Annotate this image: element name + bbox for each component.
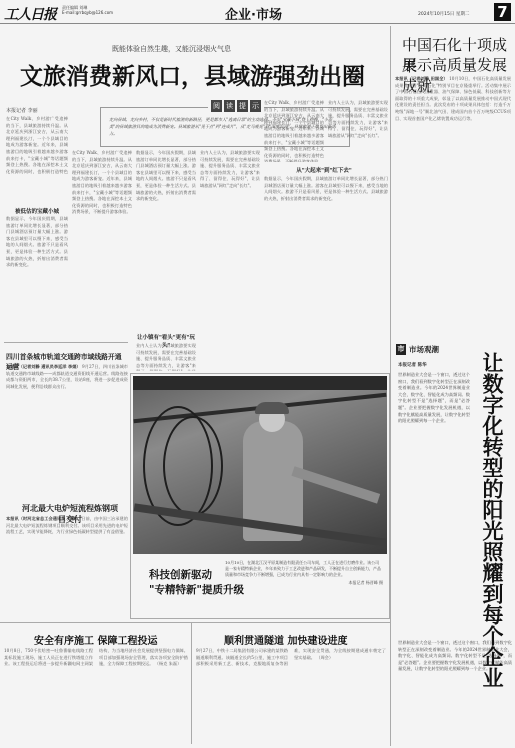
reading-tip-label: 阅 读 提 示: [208, 100, 264, 112]
lead-body-col6a: 业内人士认为，县域旅游要实现可持续发展，需要在完善基础设施、提升服务品质、丰富文…: [328, 100, 388, 162]
reading-tip-char: 阅: [211, 100, 222, 112]
newspaper-logo: 工人日报: [4, 4, 56, 24]
lead-subhead-2: 从"大起来"到"红下去": [262, 166, 386, 174]
lead-body-col3b: 业内人士认为，县域旅游要实现可持续发展，需要在完善基础设施、提升服务品质、丰富文…: [136, 343, 196, 371]
lead-subhead-1: 被低估的宝藏小城: [6, 207, 68, 215]
bottom-divider: [191, 622, 192, 744]
photo-caption: 10月10日，在湖北江汉平原某制造有限责任公司车间，工人正在进行打磨作业。该公司…: [225, 560, 383, 586]
bottom-footnote-1: （杨克 朱磊）: [155, 661, 181, 666]
bottom-body-1: 10月8日，750千伏哈密—吐鲁番输电线路工程某标段施工现场，施工人员正在进行铁…: [4, 648, 188, 740]
lead-headline[interactable]: 文旅消费新风口，县域游强劲出圈: [20, 58, 365, 91]
brief-body-1: 本报讯（记者刘静 通讯员李廷洋 李娟） 9月27日，四川首条城市轨道交通跨市域线…: [6, 364, 128, 490]
masthead: 工人日报 责任编辑 刘琳 E-mail:grrbqyb@126.com 企业·市…: [0, 0, 515, 24]
bottom-text-2: 9月27日，中铁十二局集团有限公司承建的某铁路隧道顺利贯通。该隧道全长约5公里，…: [196, 648, 386, 666]
column-badge-icon: 市: [396, 344, 406, 355]
bottom-footnote-2: （周会）: [316, 655, 333, 660]
lead-body-col1: 在City Walk、乡村游广受追捧的当下，县域旅游持续升温。从北京延庆到浙江安…: [6, 116, 68, 174]
lead-body-col3: 数据显示，今年国庆假期，县域旅游订单同比增长显著，部分热门县城酒店预订量大幅上涨…: [136, 150, 196, 325]
lead-body-col5a: 在City Walk、乡村游广受追捧的当下，县域旅游持续升温。从北京延庆到浙江安…: [264, 100, 324, 162]
reading-tip-char: 提: [237, 100, 248, 112]
section-title: 企业·市场: [225, 4, 282, 23]
lead-body-col2: 在City Walk、乡村游广受追捧的当下，县域旅游持续升温。从北京延庆到浙江安…: [72, 150, 132, 340]
bottom-body-2: 9月27日，中铁十二局集团有限公司承建的某铁路隧道顺利贯通。该隧道全长约5公里，…: [196, 648, 386, 740]
bottom-title-1[interactable]: 安全有序施工 保障工程投运: [34, 632, 157, 647]
brief-body-2: 本报讯（时河北省总工会通讯员 刘颖） 日前，由中国三冶承建的河北最大电炉短流程炼…: [6, 516, 128, 620]
factory-worker-photo[interactable]: [133, 376, 387, 554]
photo-hose: [163, 416, 223, 516]
right-story-body: 本报讯（记者刘静 田国全） 10月10日，中国石化高质量发展成果发布暨"能源石化…: [395, 76, 511, 334]
brief-divider: [4, 342, 128, 343]
page-number: 7: [494, 3, 511, 21]
reading-tip-char: 示: [250, 100, 261, 112]
market-column-name: 市场观潮: [409, 344, 439, 355]
lead-body-col5b: 数据显示，今年国庆假期，县域旅游订单同比增长显著，部分热门县城酒店预订量大幅上涨…: [264, 176, 388, 371]
photo-roof-beam: [133, 376, 387, 390]
editor-info: 责任编辑 刘琳 E-mail:grrbqyb@126.com: [62, 5, 113, 15]
bottom-title-2[interactable]: 顺利贯通隧道 加快建设进度: [224, 632, 347, 647]
photo-feature: 科技创新驱动 "专精特新"提质升级 10月10日，在湖北江汉平原某制造有限责任公…: [130, 373, 390, 619]
market-column-body: 世界制造业大会是一个窗口，透过这个窗口，我们看到数字化转型正在深刻改变着制造业。…: [398, 372, 470, 672]
photo-caption-text: 10月10日，在湖北江汉平原某制造有限责任公司车间，工人正在进行打磨作业。该公司…: [225, 560, 381, 577]
lead-byline: 本报记者 李丽: [6, 107, 38, 114]
photo-worker-arm: [291, 466, 380, 503]
brief-byline-2: 本报讯（时河北省总工会通讯员 刘颖）: [6, 516, 80, 521]
lead-kicker: 既能体验自然生趣，又能沉浸烟火气息: [112, 44, 231, 54]
column-divider: [390, 26, 391, 746]
lead-body-col4: 业内人士认为，县域旅游要实现可持续发展，需要在完善基础设施、提升服务品质、丰富文…: [200, 150, 260, 370]
photo-credit: 本报记者 杨晋峰 摄: [225, 580, 383, 586]
newspaper-page: 工人日报 责任编辑 刘琳 E-mail:grrbqyb@126.com 企业·市…: [0, 0, 515, 748]
market-column-author: 本报记者 陈华: [398, 362, 427, 368]
lead-body-col1b: 数据显示，今年国庆假期，县域旅游订单同比增长显著，部分热门县城酒店预订量大幅上涨…: [6, 216, 68, 338]
market-column-label: 市 市场观潮: [396, 344, 439, 355]
market-column-title[interactable]: 让数字化转型的阳光照耀到每个企业: [475, 352, 503, 688]
right-story-byline: 本报讯（记者刘静 田国全）: [395, 76, 448, 81]
issue-date: 2024年10月15日 星期二: [418, 11, 469, 17]
editor-email: E-mail:grrbqyb@126.com: [62, 10, 113, 15]
reading-tip-char: 读: [224, 100, 235, 112]
right-story-text: 10月10日，中国石化高质量发展成果发布暨"能源石化"特别节目在京隆重举行。活动…: [395, 76, 511, 121]
brief-byline-1: 本报讯（记者刘静 通讯员李廷洋 李娟）: [6, 364, 81, 369]
photo-worker-cap: [255, 402, 289, 414]
